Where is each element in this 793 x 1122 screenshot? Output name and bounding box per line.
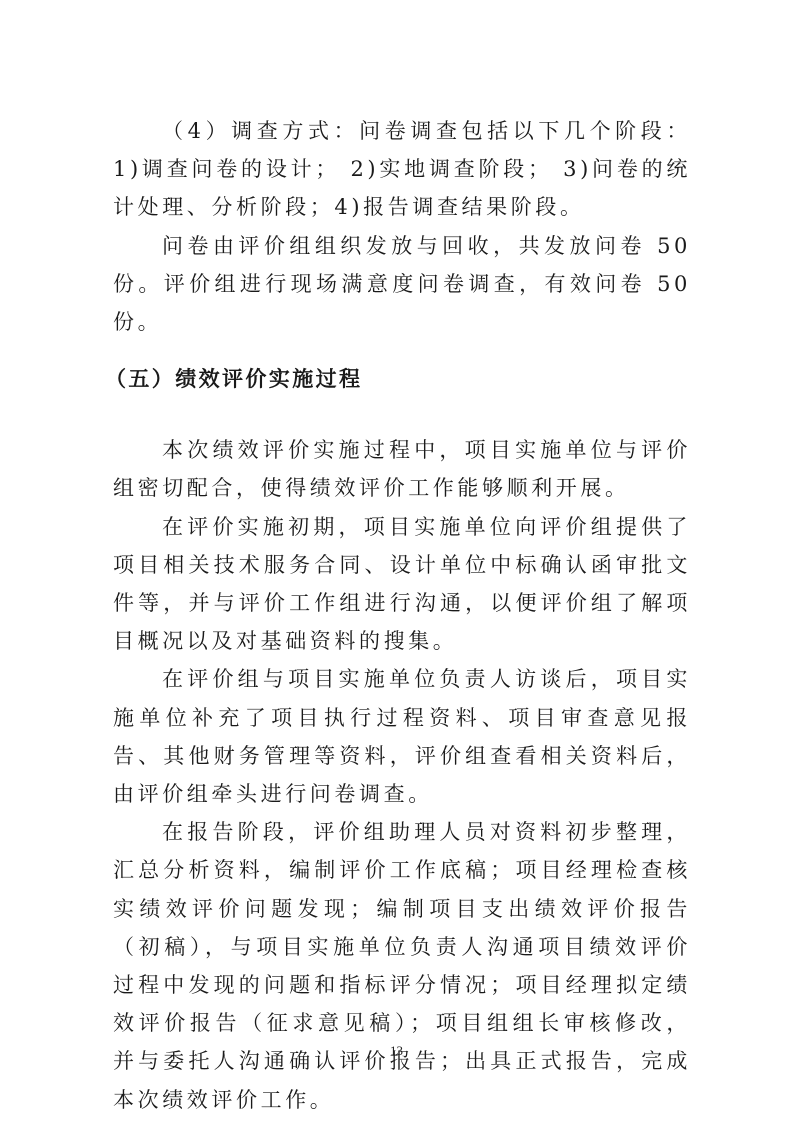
paragraph-questionnaire-count: 问卷由评价组组织发放与回收，共发放问卷 50 份。评价组进行现场满意度问卷调查，… — [113, 227, 691, 342]
paragraph-survey-method: （4）调查方式：问卷调查包括以下几个阶段： 1)调查问卷的设计； 2)实地调查阶… — [113, 112, 691, 227]
paragraph-implementation-overview: 本次绩效评价实施过程中，项目实施单位与评价组密切配合，使得绩效评价工作能够顺利开… — [113, 431, 691, 507]
page-body: （4）调查方式：问卷调查包括以下几个阶段： 1)调查问卷的设计； 2)实地调查阶… — [113, 112, 691, 1119]
paragraph-initial-phase: 在评价实施初期，项目实施单位向评价组提供了项目相关技术服务合同、设计单位中标确认… — [113, 508, 691, 661]
page-number: 13 — [0, 1043, 793, 1059]
paragraph-interview-phase: 在评价组与项目实施单位负责人访谈后，项目实施单位补充了项目执行过程资料、项目审查… — [113, 660, 691, 813]
section-heading: （五）绩效评价实施过程 — [105, 360, 691, 398]
paragraph-report-phase: 在报告阶段，评价组助理人员对资料初步整理，汇总分析资料，编制评价工作底稿；项目经… — [113, 813, 691, 1119]
document-page: （4）调查方式：问卷调查包括以下几个阶段： 1)调查问卷的设计； 2)实地调查阶… — [0, 0, 793, 1122]
